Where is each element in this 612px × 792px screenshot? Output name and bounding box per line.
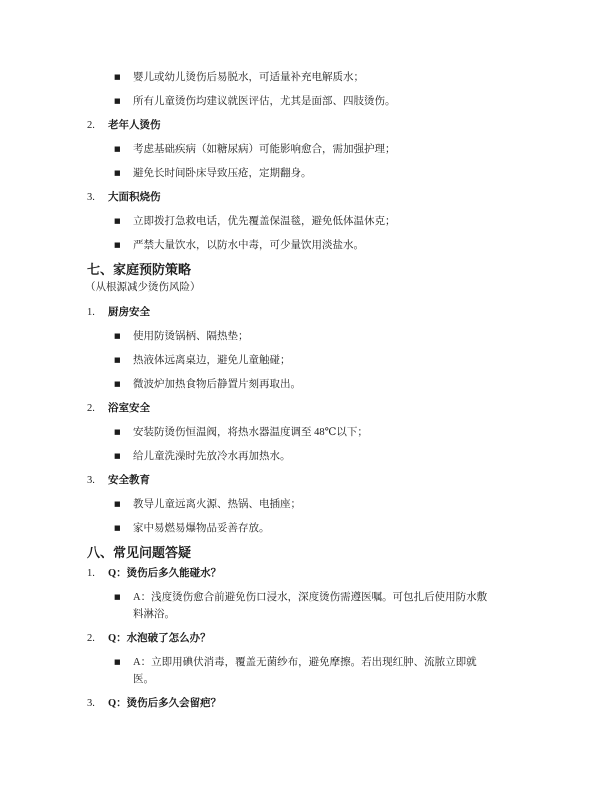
faq-question-text: Q：烫伤后多久会留疤？ [108, 695, 221, 712]
answer-text: A：立即用碘伏消毒，覆盖无菌纱布，避免摩擦。若出现红肿、流脓立即就医。 [133, 654, 489, 688]
square-bullet-icon: ■ [114, 328, 133, 345]
bullet-item: ■ 严禁大量饮水，以防水中毒，可少量饮用淡盐水。 [87, 237, 527, 254]
bullet-item: ■ 避免长时间卧床导致压疮，定期翻身。 [87, 165, 527, 182]
bullet-item: ■ 微波炉加热食物后静置片刻再取出。 [87, 376, 527, 393]
numbered-item-heading: 3. 安全教育 [87, 472, 527, 489]
bullet-item: ■ 婴儿或幼儿烫伤后易脱水，可适量补充电解质水； [87, 69, 527, 86]
bullet-text: 所有儿童烫伤均建议就医评估，尤其是面部、四肢烫伤。 [133, 93, 396, 110]
faq-question: 3. Q：烫伤后多久会留疤？ [87, 695, 527, 712]
bullet-text: 立即拨打急救电话，优先覆盖保温毯，避免低体温休克； [133, 213, 396, 230]
numbered-item-heading: 1. 厨房安全 [87, 304, 527, 321]
faq-number: 2. [87, 630, 108, 647]
bullet-item: ■ 考虑基础疾病（如糖尿病）可能影响愈合，需加强护理； [87, 141, 527, 158]
list-number: 3. [87, 189, 108, 206]
bullet-text: 教导儿童远离火源、热锅、电插座； [133, 496, 301, 513]
bullet-item: ■ 热液体远离桌边，避免儿童触碰； [87, 352, 527, 369]
square-bullet-icon: ■ [114, 237, 133, 254]
list-number: 2. [87, 400, 108, 417]
faq-question-text: Q：烫伤后多久能碰水？ [108, 565, 221, 582]
bullet-item: ■ 给儿童洗澡时先放冷水再加热水。 [87, 448, 527, 465]
faq-question: 1. Q：烫伤后多久能碰水？ [87, 565, 527, 582]
numbered-item-heading: 2. 浴室安全 [87, 400, 527, 417]
square-bullet-icon: ■ [114, 424, 133, 441]
bullet-text: 家中易燃易爆物品妥善存放。 [133, 520, 270, 537]
bullet-text: 使用防烫锅柄、隔热垫； [133, 328, 249, 345]
numbered-item-heading: 3. 大面积烧伤 [87, 189, 527, 206]
bullet-item: ■ 家中易燃易爆物品妥善存放。 [87, 520, 527, 537]
document-page: ■ 婴儿或幼儿烫伤后易脱水，可适量补充电解质水； ■ 所有儿童烫伤均建议就医评估… [0, 0, 612, 792]
square-bullet-icon: ■ [114, 589, 133, 623]
bullet-item: ■ 安装防烫伤恒温阀，将热水器温度调至 48℃以下； [87, 424, 527, 441]
answer-text: A：浅度烫伤愈合前避免伤口浸水，深度烫伤需遵医嘱。可包扎后使用防水敷料淋浴。 [133, 589, 489, 623]
numbered-item-heading: 2. 老年人烫伤 [87, 117, 527, 134]
bullet-text: 微波炉加热食物后静置片刻再取出。 [133, 376, 301, 393]
section-heading-faq: 八、常见问题答疑 [87, 544, 527, 561]
bullet-text: 避免长时间卧床导致压疮，定期翻身。 [133, 165, 312, 182]
square-bullet-icon: ■ [114, 352, 133, 369]
list-item-title: 老年人烫伤 [108, 117, 161, 134]
document-content: ■ 婴儿或幼儿烫伤后易脱水，可适量补充电解质水； ■ 所有儿童烫伤均建议就医评估… [87, 69, 527, 719]
square-bullet-icon: ■ [114, 654, 133, 688]
square-bullet-icon: ■ [114, 376, 133, 393]
square-bullet-icon: ■ [114, 165, 133, 182]
section-heading-prevention: 七、家庭预防策略 [87, 261, 527, 278]
bullet-text: 安装防烫伤恒温阀，将热水器温度调至 48℃以下； [133, 424, 368, 441]
list-item-title: 大面积烧伤 [108, 189, 161, 206]
section-subtitle: （从根源减少烫伤风险） [85, 279, 527, 296]
square-bullet-icon: ■ [114, 448, 133, 465]
square-bullet-icon: ■ [114, 141, 133, 158]
square-bullet-icon: ■ [114, 93, 133, 110]
square-bullet-icon: ■ [114, 213, 133, 230]
list-item-title: 安全教育 [108, 472, 150, 489]
bullet-text: 严禁大量饮水，以防水中毒，可少量饮用淡盐水。 [133, 237, 364, 254]
square-bullet-icon: ■ [114, 496, 133, 513]
faq-number: 1. [87, 565, 108, 582]
bullet-item: ■ 立即拨打急救电话，优先覆盖保温毯，避免低体温休克； [87, 213, 527, 230]
faq-answer: ■ A：浅度烫伤愈合前避免伤口浸水，深度烫伤需遵医嘱。可包扎后使用防水敷料淋浴。 [87, 589, 527, 623]
faq-number: 3. [87, 695, 108, 712]
bullet-item: ■ 所有儿童烫伤均建议就医评估，尤其是面部、四肢烫伤。 [87, 93, 527, 110]
list-item-title: 厨房安全 [108, 304, 150, 321]
faq-question: 2. Q：水泡破了怎么办？ [87, 630, 527, 647]
bullet-text: 给儿童洗澡时先放冷水再加热水。 [133, 448, 291, 465]
list-number: 2. [87, 117, 108, 134]
list-item-title: 浴室安全 [108, 400, 150, 417]
faq-answer: ■ A：立即用碘伏消毒，覆盖无菌纱布，避免摩擦。若出现红肿、流脓立即就医。 [87, 654, 527, 688]
bullet-text: 婴儿或幼儿烫伤后易脱水，可适量补充电解质水； [133, 69, 364, 86]
square-bullet-icon: ■ [114, 520, 133, 537]
bullet-item: ■ 使用防烫锅柄、隔热垫； [87, 328, 527, 345]
list-number: 1. [87, 304, 108, 321]
bullet-text: 考虑基础疾病（如糖尿病）可能影响愈合，需加强护理； [133, 141, 396, 158]
bullet-text: 热液体远离桌边，避免儿童触碰； [133, 352, 291, 369]
bullet-item: ■ 教导儿童远离火源、热锅、电插座； [87, 496, 527, 513]
list-number: 3. [87, 472, 108, 489]
square-bullet-icon: ■ [114, 69, 133, 86]
faq-question-text: Q：水泡破了怎么办？ [108, 630, 211, 647]
